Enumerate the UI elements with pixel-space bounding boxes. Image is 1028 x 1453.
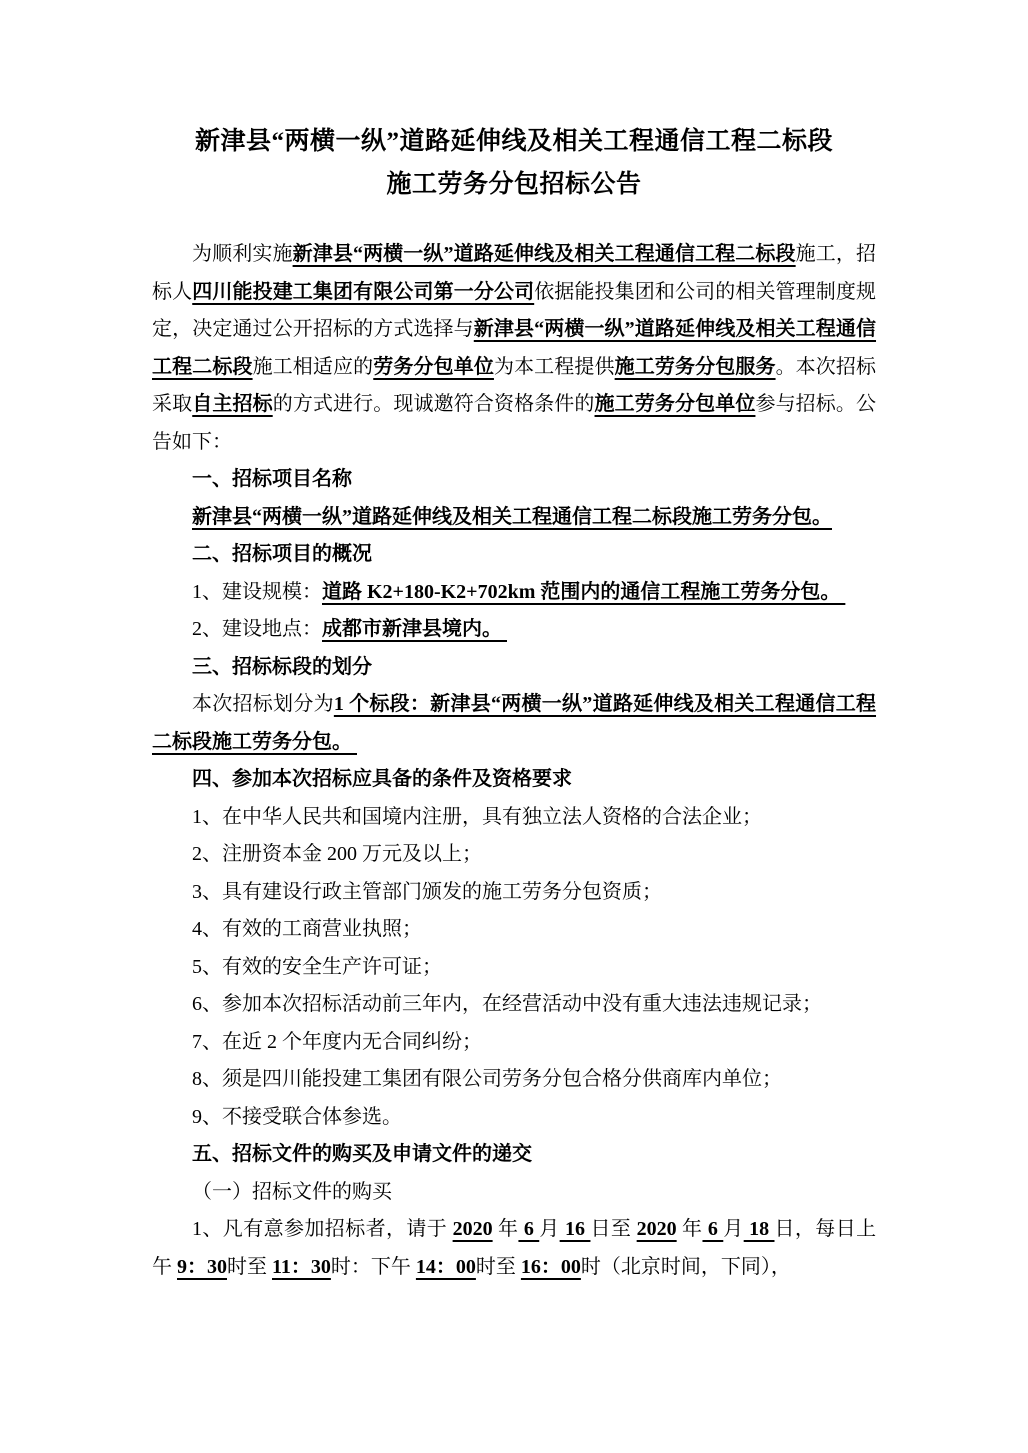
- requirement-item-5: 5、有效的安全生产许可证；: [152, 949, 876, 987]
- text-run: 年: [493, 1218, 519, 1240]
- text-run: 6、参加本次招标活动前三年内，在经营活动中没有重大违法违规记录；: [192, 993, 822, 1015]
- text-run: （一）招标文件的购买: [192, 1181, 392, 1203]
- section-3-heading: 三、招标标段的划分: [152, 649, 876, 687]
- construction-location-item: 2、建设地点：成都市新津县境内。: [152, 611, 876, 649]
- text-run: 5、有效的安全生产许可证；: [192, 956, 442, 978]
- text-run: 为本工程提供: [494, 356, 615, 378]
- text-run: 6: [518, 1218, 539, 1240]
- text-run: 成都市新津县境内。: [322, 618, 507, 640]
- text-run: 三、招标标段的划分: [192, 656, 372, 678]
- text-run: 14：00: [416, 1256, 476, 1278]
- text-run: 2020: [637, 1218, 677, 1240]
- text-run: 2、注册资本金 200 万元及以上；: [192, 843, 482, 865]
- text-run: 劳务分包单位: [373, 356, 494, 378]
- text-run: 3、具有建设行政主管部门颁发的施工劳务分包资质；: [192, 881, 662, 903]
- section-4-heading: 四、参加本次招标应具备的条件及资格要求: [152, 761, 876, 799]
- text-run: 时至: [227, 1256, 272, 1278]
- requirement-item-8: 8、须是四川能投建工集团有限公司劳务分包合格分供商库内单位；: [152, 1061, 876, 1099]
- text-run: 2、建设地点：: [192, 618, 322, 640]
- section-1-project-name: 新津县“两横一纵”道路延伸线及相关工程通信工程二标段施工劳务分包。: [152, 499, 876, 537]
- text-run: 时（北京时间，下同），: [581, 1256, 791, 1278]
- text-run: 道路 K2+180-K2+702km 范围内的通信工程施工劳务分包。: [322, 581, 845, 603]
- section-3-paragraph: 本次招标划分为1 个标段：新津县“两横一纵”道路延伸线及相关工程通信工程二标段施…: [152, 686, 876, 761]
- text-run: 新津县“两横一纵”道路延伸线及相关工程通信工程二标段施工劳务分包。: [192, 506, 832, 528]
- text-run: 7、在近 2 个年度内无合同纠纷；: [192, 1031, 482, 1053]
- text-run: 四川能投建工集团有限公司第一分公司: [192, 281, 534, 303]
- requirement-item-2: 2、注册资本金 200 万元及以上；: [152, 836, 876, 874]
- text-run: 1、在中华人民共和国境内注册，具有独立法人资格的合法企业；: [192, 806, 762, 828]
- text-run: 6: [702, 1218, 723, 1240]
- requirement-item-7: 7、在近 2 个年度内无合同纠纷；: [152, 1024, 876, 1062]
- requirement-item-1: 1、在中华人民共和国境内注册，具有独立法人资格的合法企业；: [152, 799, 876, 837]
- text-run: 自主招标: [192, 393, 272, 415]
- text-run: 时至: [476, 1256, 521, 1278]
- text-run: 日至: [590, 1218, 636, 1240]
- text-run: 本次招标划分为: [192, 693, 334, 715]
- construction-scale-item: 1、建设规模：道路 K2+180-K2+702km 范围内的通信工程施工劳务分包…: [152, 574, 876, 612]
- section-1-heading: 一、招标项目名称: [152, 461, 876, 499]
- text-run: 年: [677, 1218, 703, 1240]
- text-run: 新津县“两横一纵”道路延伸线及相关工程通信工程二标段: [293, 243, 796, 265]
- text-run: 1、凡有意参加招标者，请于: [192, 1218, 453, 1240]
- text-run: 月: [723, 1218, 743, 1240]
- intro-paragraph: 为顺利实施新津县“两横一纵”道路延伸线及相关工程通信工程二标段施工，招标人四川能…: [152, 236, 876, 461]
- text-run: 一、招标项目名称: [192, 468, 352, 490]
- text-run: 1、建设规模：: [192, 581, 322, 603]
- section-2-heading: 二、招标项目的概况: [152, 536, 876, 574]
- title-line-1: 新津县“两横一纵”道路延伸线及相关工程通信工程二标段: [152, 120, 876, 163]
- text-run: 施工劳务分包单位: [595, 393, 756, 415]
- text-run: 四、参加本次招标应具备的条件及资格要求: [192, 768, 572, 790]
- section-5-heading: 五、招标文件的购买及申请文件的递交: [152, 1136, 876, 1174]
- text-run: 二、招标项目的概况: [192, 543, 372, 565]
- text-run: 11：30: [272, 1256, 331, 1278]
- document-title: 新津县“两横一纵”道路延伸线及相关工程通信工程二标段 施工劳务分包招标公告: [152, 120, 876, 206]
- text-run: 2020: [453, 1218, 493, 1240]
- text-run: 8、须是四川能投建工集团有限公司劳务分包合格分供商库内单位；: [192, 1068, 782, 1090]
- document-page: 新津县“两横一纵”道路延伸线及相关工程通信工程二标段 施工劳务分包招标公告 为顺…: [0, 0, 1028, 1453]
- text-run: 施工相适应的: [253, 356, 374, 378]
- text-run: 9、不接受联合体参选。: [192, 1106, 402, 1128]
- text-run: 16: [560, 1218, 591, 1240]
- title-line-2: 施工劳务分包招标公告: [152, 163, 876, 206]
- requirement-item-9: 9、不接受联合体参选。: [152, 1099, 876, 1137]
- requirement-item-4: 4、有效的工商营业执照；: [152, 911, 876, 949]
- text-run: 施工劳务分包服务: [615, 356, 776, 378]
- document-body: 为顺利实施新津县“两横一纵”道路延伸线及相关工程通信工程二标段施工，招标人四川能…: [152, 236, 876, 1286]
- requirement-item-6: 6、参加本次招标活动前三年内，在经营活动中没有重大违法违规记录；: [152, 986, 876, 1024]
- text-run: 4、有效的工商营业执照；: [192, 918, 422, 940]
- purchase-time-paragraph: 1、凡有意参加招标者，请于 2020 年 6 月 16 日至 2020 年 6 …: [152, 1211, 876, 1286]
- text-run: 时：下午: [331, 1256, 416, 1278]
- text-run: 为顺利实施: [192, 243, 293, 265]
- text-run: 的方式进行。现诚邀符合资格条件的: [273, 393, 595, 415]
- text-run: 9：30: [177, 1256, 227, 1278]
- text-run: 五、招标文件的购买及申请文件的递交: [192, 1143, 532, 1165]
- requirement-item-3: 3、具有建设行政主管部门颁发的施工劳务分包资质；: [152, 874, 876, 912]
- section-5-sub-heading-1: （一）招标文件的购买: [152, 1174, 876, 1212]
- text-run: 18: [744, 1218, 775, 1240]
- text-run: 月: [539, 1218, 559, 1240]
- text-run: 16：00: [521, 1256, 581, 1278]
